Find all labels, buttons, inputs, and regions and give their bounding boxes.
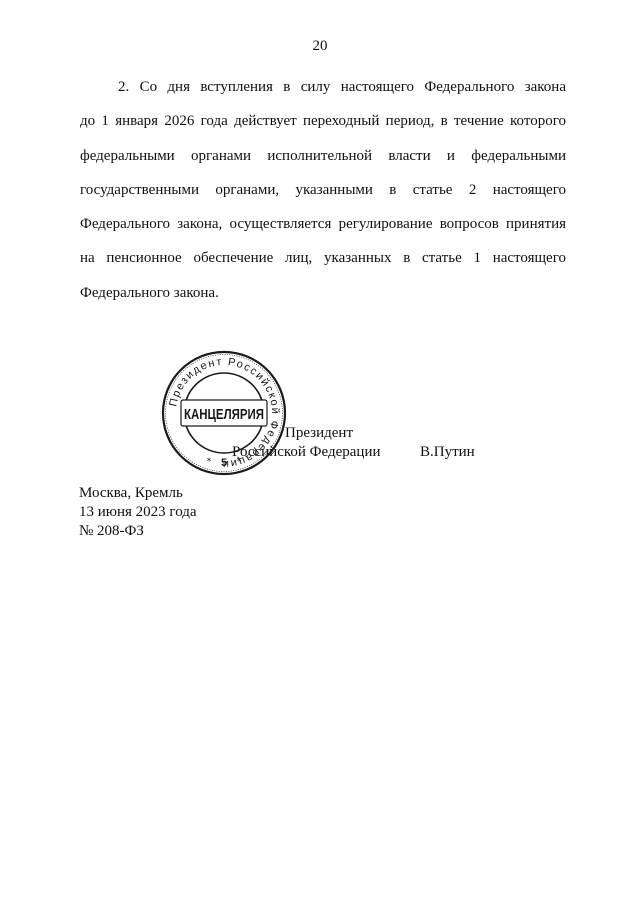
signatory-name: В.Путин xyxy=(420,443,475,462)
paragraph-line: государственными органами, указанными в … xyxy=(80,180,566,214)
official-seal-stamp: КАНЦЕЛЯРИЯ Президент Российской Федераци… xyxy=(161,350,287,476)
page-number: 20 xyxy=(0,37,640,55)
stamp-center-text: КАНЦЕЛЯРИЯ xyxy=(184,406,264,423)
signature-title-line1: Президент xyxy=(285,424,353,443)
paragraph-line: 2. Со дня вступления в силу настоящего Ф… xyxy=(80,77,566,111)
paragraph-transition-period: 2. Со дня вступления в силу настоящего Ф… xyxy=(80,77,566,317)
signing-date: 13 июня 2023 года xyxy=(79,503,197,522)
paragraph-line: на пенсионное обеспечение лиц, указанных… xyxy=(80,248,566,282)
star-icon: * xyxy=(237,457,242,467)
place-of-signing: Москва, Кремль xyxy=(79,484,197,503)
paragraph-line: федеральными органами исполнительной вла… xyxy=(80,146,566,180)
stamp-number: 5 xyxy=(221,457,227,469)
star-icon: * xyxy=(207,457,212,467)
paragraph-line: до 1 января 2026 года действует переходн… xyxy=(80,111,566,145)
enactment-details: Москва, Кремль 13 июня 2023 года № 208-Ф… xyxy=(79,484,197,541)
paragraph-line: Федерального закона, осуществляется регу… xyxy=(80,214,566,248)
law-number: № 208-ФЗ xyxy=(79,522,197,541)
paragraph-line: Федерального закона. xyxy=(80,283,566,317)
